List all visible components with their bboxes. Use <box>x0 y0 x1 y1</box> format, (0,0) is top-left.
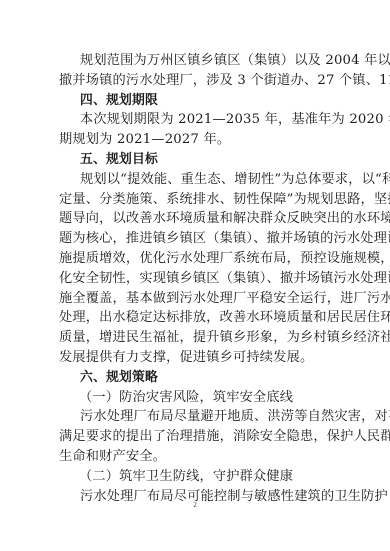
paragraph-line: 化安全韧性，实现镇乡镇区（集镇）、撤并场镇污水处理设 <box>59 269 332 289</box>
paragraph-line: 质量，增进民生福祉，提升镇乡形象，为乡村镇乡经济社会 <box>59 328 332 348</box>
paragraph-line: 施提质增效，优化污水处理厂系统布局，预控设施规模，强 <box>59 249 332 269</box>
section-heading-strategy: 六、规划策略 <box>59 368 332 388</box>
paragraph-line: 规划以“提效能、重生态、增韧性”为总体要求，以“科学 <box>59 170 332 190</box>
paragraph-line: 污水处理厂布局尽量避开地质、洪涝等自然灾害，对不 <box>59 407 332 427</box>
paragraph-line: 期规划为 2021—2027 年。 <box>59 130 332 150</box>
paragraph-line: 处理，出水稳定达标排放，改善水环境质量和居民居住环境 <box>59 308 332 328</box>
page-number: 2 <box>0 501 390 509</box>
document-body: 规划范围为万州区镇乡镇区（集镇）以及 2004 年以后 撤并场镇的污水处理厂，涉… <box>59 51 332 506</box>
paragraph-line: 定量、分类施策、系统排水、韧性保障”为规划思路，坚持问 <box>59 190 332 210</box>
paragraph-line: 题导向，以改善水环境质量和解决群众反映突出的水环境问 <box>59 209 332 229</box>
paragraph-line: 题为核心，推进镇乡镇区（集镇）、撤并场镇的污水处理设 <box>59 229 332 249</box>
paragraph-line: 发展提供有力支撑，促进镇乡可持续发展。 <box>59 348 332 368</box>
subheading-health: （二）筑牢卫生防线，守护群众健康 <box>59 467 332 487</box>
section-heading-goals: 五、规划目标 <box>59 150 332 170</box>
paragraph-line: 满足要求的提出了治理措施，消除安全隐患，保护人民群众 <box>59 427 332 447</box>
document-page: 规划范围为万州区镇乡镇区（集镇）以及 2004 年以后 撤并场镇的污水处理厂，涉… <box>0 0 390 551</box>
section-heading-period: 四、规划期限 <box>59 91 332 111</box>
paragraph-line: 生命和财产安全。 <box>59 447 332 467</box>
paragraph-line: 施全覆盖，基本做到污水处理厂平稳安全运行，进厂污水全 <box>59 289 332 309</box>
paragraph-line: 撤并场镇的污水处理厂，涉及 3 个街道办、27 个镇、11 个乡。 <box>59 71 332 91</box>
subheading-disaster-risk: （一）防治灾害风险，筑牢安全底线 <box>59 388 332 408</box>
paragraph-line: 本次规划期限为 2021—2035 年，基准年为 2020 年，近 <box>59 110 332 130</box>
paragraph-line: 规划范围为万州区镇乡镇区（集镇）以及 2004 年以后 <box>59 51 332 71</box>
